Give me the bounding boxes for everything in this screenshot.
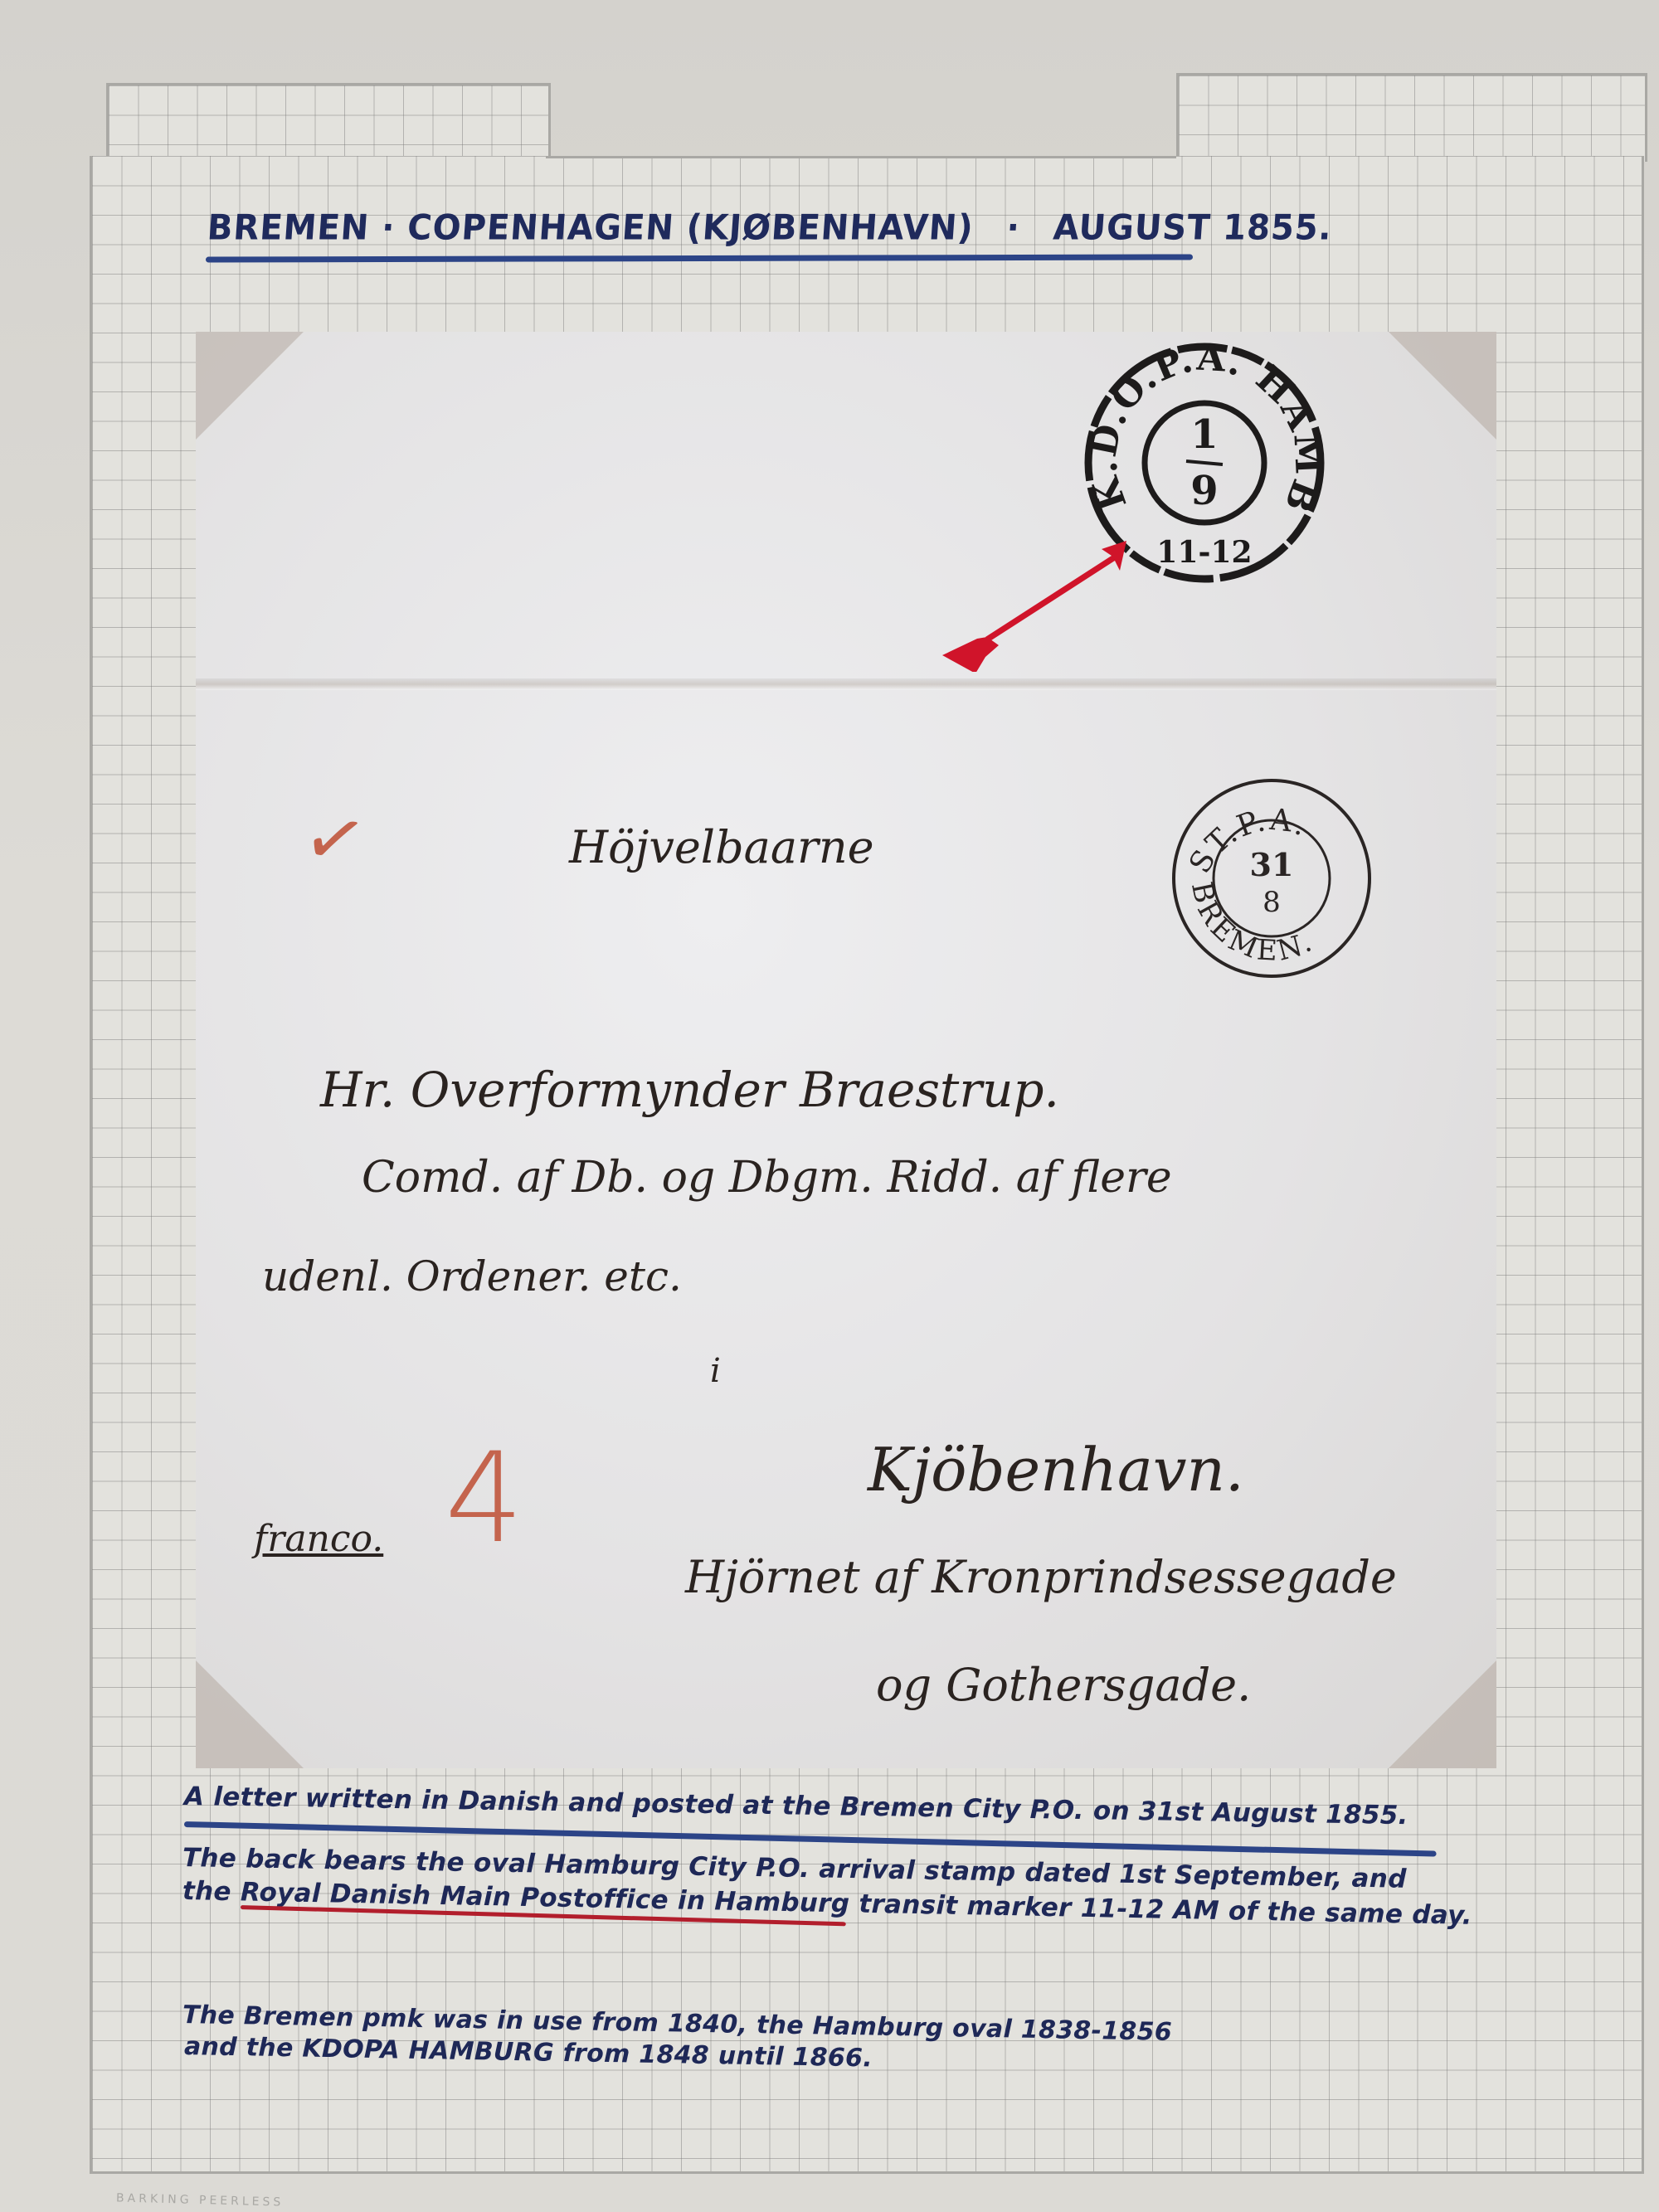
svg-text:BREMEN.: BREMEN.	[1185, 879, 1320, 968]
grid-tab-left	[106, 83, 551, 162]
page-imprint: BARKING PEERLESS	[116, 2191, 285, 2209]
manuscript-address-line-4: i	[710, 1352, 721, 1390]
grid-tab-right	[1176, 73, 1647, 162]
mount-corner	[1389, 1660, 1496, 1768]
mount-corner	[196, 332, 304, 440]
mount-corner	[1389, 332, 1496, 440]
title-date: AUGUST 1855.	[1052, 208, 1333, 248]
manuscript-street-line-2: og Gothersgade.	[876, 1659, 1251, 1711]
postmark-month: 9	[1190, 468, 1218, 514]
red-check-mark: ✓	[295, 790, 375, 888]
bremen-postmark: ST.P.A. BREMEN. 31 8	[1168, 775, 1375, 982]
title-route: BREMEN · COPENHAGEN (KJØBENHAVN)	[206, 208, 975, 248]
red-rate-mark: 4	[445, 1427, 523, 1571]
postmark-day: 1	[1190, 411, 1218, 458]
page-title: BREMEN · COPENHAGEN (KJØBENHAVN)·AUGUST …	[206, 208, 1333, 248]
postmark-top-text: ST.P.A.	[1183, 803, 1313, 879]
postmark-day: 31	[1250, 846, 1294, 883]
postmark-bottom-text: BREMEN.	[1185, 879, 1320, 968]
svg-text:ST.P.A.: ST.P.A.	[1183, 803, 1313, 879]
postmark-time: 11-12	[1156, 535, 1252, 570]
manuscript-franco: franco.	[254, 1518, 383, 1560]
red-pointer-arrow-icon	[936, 531, 1135, 675]
manuscript-city: Kjöbenhavn.	[868, 1435, 1244, 1505]
manuscript-salutation: Höjvelbaarne	[569, 821, 874, 873]
manuscript-street-line-1: Hjörnet af Kronprindsessegade	[685, 1551, 1397, 1603]
manuscript-address-line-3: udenl. Ordener. etc.	[262, 1252, 682, 1300]
album-page: BREMEN · COPENHAGEN (KJØBENHAVN)·AUGUST …	[0, 0, 1659, 2212]
cover-fold-line	[196, 678, 1496, 690]
grid-border	[546, 156, 1176, 158]
postal-cover: K.D.O.P.A. HAMBURG 1 9 11-12 ST.P.A.	[196, 332, 1496, 1768]
manuscript-address-line-1: Hr. Overformynder Braestrup.	[320, 1062, 1059, 1118]
title-separator: ·	[1005, 208, 1022, 248]
mount-corner	[196, 1660, 304, 1768]
manuscript-address-line-2: Comd. af Db. og Dbgm. Ridd. af flere	[362, 1153, 1172, 1203]
postmark-month: 8	[1262, 886, 1281, 919]
